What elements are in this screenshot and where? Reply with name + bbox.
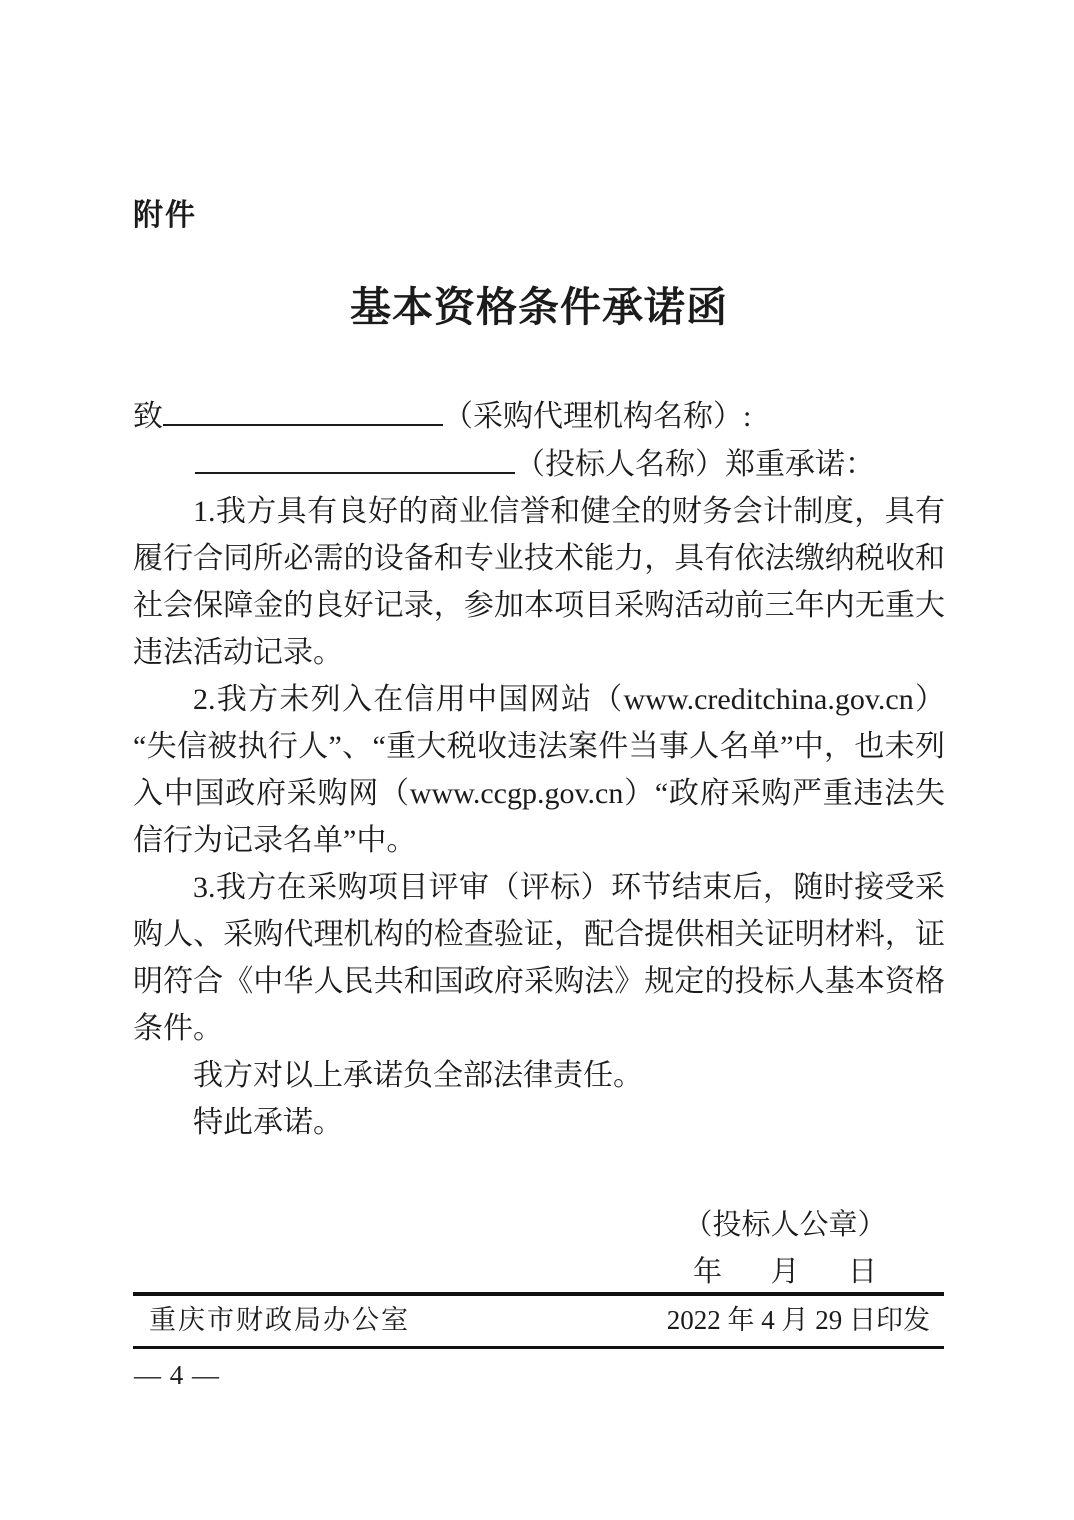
fill-in-blank-bidder-name [195,440,515,474]
document-page: 附件 基本资格条件承诺函 致（采购代理机构名称）: （投标人名称）郑重承诺： 1… [0,0,1074,1520]
salutation-to-prefix: 致 [133,400,163,433]
document-title: 基本资格条件承诺函 [133,282,945,332]
footer-colophon-row: 重庆市财政局办公室 2022 年 4 月 29 日印发 [133,1292,944,1349]
footer-issuing-office: 重庆市财政局办公室 [149,1304,410,1337]
document-footer: 重庆市财政局办公室 2022 年 4 月 29 日印发 — 4 — [133,1292,944,1391]
signature-block: （投标人公章） 年 月 日 [677,1202,893,1296]
closing-line-liability: 我方对以上承诺负全部法律责任。 [133,1052,945,1099]
salutation-block: 致（采购代理机构名称）: （投标人名称）郑重承诺： [133,392,945,488]
date-month-label: 月 [770,1249,799,1296]
salutation-line-agency: 致（采购代理机构名称）: [133,392,945,440]
paragraph-2: 2.我方未列入在信用中国网站（www.creditchina.gov.cn）“失… [133,676,945,864]
commitment-paragraphs: 1.我方具有良好的商业信誉和健全的财务会计制度，具有履行合同所必需的设备和专业技… [133,488,945,1052]
date-year-label: 年 [693,1249,722,1296]
attachment-label: 附件 [133,198,945,234]
salutation-line-bidder: （投标人名称）郑重承诺： [133,440,945,488]
date-day-label: 日 [848,1249,877,1296]
page-number: — 4 — [134,1360,944,1391]
paragraph-1: 1.我方具有良好的商业信誉和健全的财务会计制度，具有履行合同所必需的设备和专业技… [133,488,945,676]
signature-date-line: 年 月 日 [677,1249,893,1296]
fill-in-blank-agency-name [163,392,443,426]
document-content: 附件 基本资格条件承诺函 致（采购代理机构名称）: （投标人名称）郑重承诺： 1… [133,0,945,1296]
salutation-bidder-note: （投标人名称）郑重承诺： [515,448,875,481]
closing-line-hereby: 特此承诺。 [133,1099,945,1146]
bidder-seal-placeholder: （投标人公章） [677,1202,893,1249]
paragraph-3: 3.我方在采购项目评审（评标）环节结束后，随时接受采购人、采购代理机构的检查验证… [133,864,945,1052]
closing-block: 我方对以上承诺负全部法律责任。 特此承诺。 [133,1052,945,1146]
footer-issue-date: 2022 年 4 月 29 日印发 [667,1304,930,1337]
salutation-agency-note: （采购代理机构名称）: [443,400,751,433]
